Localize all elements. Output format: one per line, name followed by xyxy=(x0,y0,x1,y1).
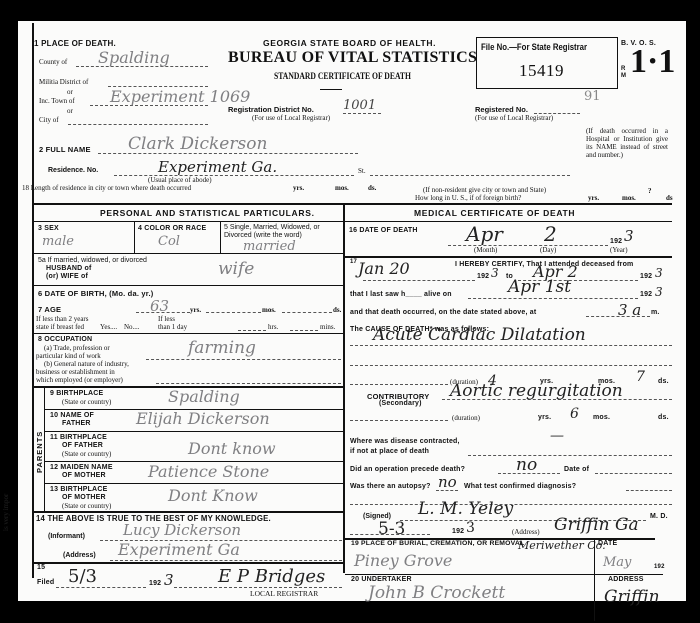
parents-side-label: PARENTS xyxy=(35,431,44,473)
mins-line xyxy=(290,330,318,331)
mother-birthplace-label-3: (State or country) xyxy=(62,502,111,510)
certify-number: 17 xyxy=(350,259,357,265)
militia-label: Militia District of xyxy=(39,78,88,86)
cause-line-1 xyxy=(350,345,672,346)
rule xyxy=(44,387,45,511)
occupation-b-line xyxy=(156,383,341,384)
father-birthplace-label-1: 11 BIRTHPLACE xyxy=(50,434,107,441)
residence-ds: ds. xyxy=(368,184,376,192)
full-name-value: Clark Dickerson xyxy=(128,134,267,154)
burial-label: 19 PLACE OF BURIAL, CREMATION, OR REMOVA… xyxy=(351,540,524,547)
death-occurred-suffix: m. xyxy=(651,309,660,316)
burial-date-label: DATE xyxy=(598,540,617,547)
breastfed-label-1: If less than 2 years xyxy=(36,315,88,323)
breastfed-yes: Yes.... xyxy=(100,323,117,331)
father-value: Elijah Dickerson xyxy=(136,409,270,428)
dob-label: 6 DATE OF BIRTH, (Mo. da. yr.) xyxy=(38,289,153,298)
birthplace-sub: (State or country) xyxy=(62,398,111,406)
county-label: County of xyxy=(39,58,67,66)
town-value: Experiment 1069 xyxy=(110,87,250,106)
foreign-ds: ds xyxy=(666,194,673,202)
duration2-mos-value: 6 xyxy=(570,406,579,422)
registrar-signature: E P Bridges xyxy=(218,566,325,587)
from-year-prefix: 192 xyxy=(477,273,489,280)
father-label-1: 10 NAME OF xyxy=(50,412,94,419)
or-label-1: or xyxy=(67,88,73,96)
undertaker-address-label: ADDRESS xyxy=(608,576,644,583)
rule xyxy=(345,256,672,258)
registered-no-note: (For use of Local Registrar) xyxy=(475,114,553,122)
duration1-ds-value: 7 xyxy=(636,369,645,385)
county-value: Spalding xyxy=(98,48,170,67)
hospital-note: (If death occurred in a Hospital or Inst… xyxy=(586,127,668,159)
rule xyxy=(33,221,343,222)
autopsy-value: no xyxy=(438,473,457,491)
file-number-value: 15419 xyxy=(519,61,564,81)
age-mos: mos. xyxy=(262,306,276,314)
last-saw-year-prefix: 192 xyxy=(640,291,652,298)
rule xyxy=(220,221,221,253)
rule xyxy=(33,253,343,254)
duration1-line xyxy=(350,384,448,385)
bureau-title: BUREAU OF VITAL STATISTICS xyxy=(228,49,477,67)
to-year: 3 xyxy=(655,266,663,280)
breastfed-no: No.... xyxy=(124,323,140,331)
birthplace-label: 9 BIRTHPLACE xyxy=(50,390,103,397)
attended-from-value: Jan 20 xyxy=(358,259,410,278)
registration-district-label: Registration District No. xyxy=(228,105,314,114)
occupation-a-line xyxy=(146,359,341,360)
autopsy-label: Was there an autopsy? xyxy=(350,483,431,490)
rule xyxy=(33,333,343,334)
age-ds-line xyxy=(282,312,332,313)
cause-line-2 xyxy=(350,365,672,366)
sign-year: 3 xyxy=(466,520,475,536)
spouse-value: wife xyxy=(218,259,254,279)
informant-address-value: Experiment Ga xyxy=(118,540,240,559)
title-rule xyxy=(320,89,342,90)
mother-value: Patience Stone xyxy=(148,462,269,481)
registrar-line xyxy=(174,587,342,588)
last-saw-year: 3 xyxy=(655,285,663,299)
filed-label: Filed xyxy=(37,579,54,586)
abode-note: (Usual place of abode) xyxy=(148,176,212,184)
length-of-residence-label: 18 Length of residence in city or town w… xyxy=(22,184,191,192)
operation-date-label: Date of xyxy=(564,466,589,473)
rule xyxy=(45,431,343,432)
hrs-line xyxy=(238,330,266,331)
place-of-death-heading: 1 PLACE OF DEATH. xyxy=(34,39,116,48)
from-year: 3 xyxy=(491,266,499,280)
personal-particulars-heading: PERSONAL AND STATISTICAL PARTICULARS. xyxy=(100,208,315,218)
age-label: 7 AGE xyxy=(38,305,61,314)
street-line xyxy=(370,175,570,176)
foreign-birth-label: How long in U. S., if of foreign birth? xyxy=(415,194,521,202)
registration-district-note: (For use of Local Registrar) xyxy=(252,114,330,122)
rule xyxy=(33,511,343,513)
filed-date-value: 5/3 xyxy=(68,566,97,587)
occupation-b-1: (b) General nature of industry, xyxy=(44,360,129,368)
last-saw-line xyxy=(468,298,638,299)
birthplace-value: Spalding xyxy=(168,387,240,406)
duration1-ds: ds. xyxy=(658,378,669,385)
date-of-death-year-prefix: 192 xyxy=(610,238,622,245)
rule xyxy=(33,562,343,564)
last-saw-value: Apr 1st xyxy=(508,277,571,297)
occupation-b-3: which employed (or employer) xyxy=(36,376,123,384)
sign-address-label: (Address) xyxy=(512,528,540,536)
foreign-mos: mos. xyxy=(622,194,636,202)
registrar-label: LOCAL REGISTRAR xyxy=(250,589,318,598)
md-label: M. D. xyxy=(650,513,668,520)
full-name-label: 2 FULL NAME xyxy=(39,145,91,154)
operation-value: no xyxy=(516,455,537,475)
date-of-death-label: 16 DATE OF DEATH xyxy=(349,227,418,234)
signed-value: L. M. Yeley xyxy=(418,499,513,519)
board-title: GEORGIA STATE BOARD OF HEALTH. xyxy=(263,38,436,48)
sex-value: male xyxy=(42,234,74,249)
sign-address-value: Griffin Ga xyxy=(554,515,639,535)
spouse-label-3: (or) WIFE of xyxy=(46,273,88,280)
burial-year-prefix: 192 xyxy=(654,564,665,570)
sign-year-prefix: 192 xyxy=(452,528,464,535)
occupation-a-2: particular kind of work xyxy=(36,352,101,360)
spouse-label-2: HUSBAND of xyxy=(46,265,92,272)
undertaker-value: John B Crockett xyxy=(368,583,505,603)
father-birthplace-label-2: OF FATHER xyxy=(62,442,103,449)
marital-label: 5 Single, Married, Widowed, or Divorced … xyxy=(224,224,342,240)
duration2-mos: mos. xyxy=(593,414,610,421)
sex-label: 3 SEX xyxy=(38,225,59,232)
death-certificate: 1 PLACE OF DEATH. GEORGIA STATE BOARD OF… xyxy=(18,21,686,601)
date-of-death-day: 2 xyxy=(544,222,557,246)
mother-birthplace-label-1: 13 BIRTHPLACE xyxy=(50,486,107,493)
city-line xyxy=(68,124,208,125)
file-number-label: File No.—For State Registrar xyxy=(481,42,587,53)
test-label: What test confirmed diagnosis? xyxy=(464,483,576,490)
file-number-box: File No.—For State Registrar 15419 xyxy=(476,37,618,89)
rule xyxy=(33,285,343,286)
duration2-label: (duration) xyxy=(452,414,480,422)
rule xyxy=(134,221,135,253)
race-label: 4 COLOR OR RACE xyxy=(138,225,206,232)
less-day-label-2: than 1 day xyxy=(158,323,187,331)
street-label: St. xyxy=(358,167,366,175)
filed-year-value: 3 xyxy=(164,571,174,589)
registration-district-value: 1001 xyxy=(343,98,376,113)
age-mos-line xyxy=(206,312,261,313)
age-yrs: yrs. xyxy=(190,306,201,314)
age-ds: ds. xyxy=(333,306,341,314)
father-label-2: FATHER xyxy=(62,420,91,427)
filed-number: 15 xyxy=(37,564,45,571)
cause-of-death-value: Acute Cardiac Dilatation xyxy=(373,325,586,345)
year-caption: (Year) xyxy=(610,246,628,254)
registered-no-value: 91 xyxy=(584,89,601,104)
town-label: Inc. Town of xyxy=(39,97,75,105)
date-of-death-year: 3 xyxy=(624,227,634,245)
sign-date-value: 5-3 xyxy=(378,519,405,539)
registration-district-line xyxy=(343,113,381,114)
center-divider xyxy=(343,203,345,573)
undertaker-label: 20 UNDERTAKER xyxy=(351,576,412,583)
occupation-label: 8 OCCUPATION xyxy=(38,336,92,343)
date-of-death-month: Apr xyxy=(466,222,503,246)
burial-county-value: Meriwether Co. xyxy=(518,539,606,552)
month-caption: (Month) xyxy=(474,246,497,254)
residence-yrs: yrs. xyxy=(293,184,304,192)
foreign-yrs: yrs. xyxy=(588,194,599,202)
informant-value: Lucy Dickerson xyxy=(123,521,241,539)
hrs-label: hrs. xyxy=(268,323,278,331)
nonresident-note: (If non-resident give city or town and S… xyxy=(423,186,546,194)
mins-label: mins. xyxy=(320,323,335,331)
to-year-prefix: 192 xyxy=(640,273,652,280)
burial-date-value: May xyxy=(603,555,631,570)
registered-no-label: Registered No. xyxy=(475,105,528,114)
mother-birthplace-label-2: OF MOTHER xyxy=(62,494,106,501)
father-birthplace-label-3: (State or country) xyxy=(62,450,111,458)
foreign-question: ? xyxy=(648,187,652,195)
last-saw-label: that I last saw h____ alive on xyxy=(350,291,452,298)
residence-mos: mos. xyxy=(335,184,349,192)
left-border xyxy=(32,23,34,578)
father-birthplace-value: Dont know xyxy=(188,439,276,458)
less-day-label-1: If less xyxy=(158,315,175,323)
operation-label: Did an operation precede death? xyxy=(350,466,465,473)
rule xyxy=(594,539,595,621)
contracted-value: — xyxy=(550,428,564,444)
test-line xyxy=(626,490,672,491)
certificate-title: STANDARD CERTIFICATE OF DEATH xyxy=(274,71,411,81)
informant-label: (Informant) xyxy=(48,533,85,540)
race-value: Col xyxy=(158,234,180,249)
duration2-yrs: yrs. xyxy=(538,414,551,421)
occupation-value: farming xyxy=(188,338,256,358)
filed-date-line xyxy=(56,587,146,588)
undertaker-address-value: Griffin xyxy=(604,587,660,607)
city-label: City of xyxy=(39,116,59,124)
informant-address-line xyxy=(110,560,342,561)
rm-label: R M xyxy=(621,66,627,80)
death-occurred-label: and that death occurred, on the date sta… xyxy=(350,309,536,316)
filed-year-prefix: 192 xyxy=(149,580,161,587)
occupation-a-1: (a) Trade, profession or xyxy=(44,344,110,352)
from-line xyxy=(363,280,475,281)
section-top-rule xyxy=(32,203,672,205)
death-occurred-value: 3 a xyxy=(618,301,641,319)
mother-label-1: 12 MAIDEN NAME xyxy=(50,464,113,471)
residence-value: Experiment Ga. xyxy=(158,158,277,176)
mother-birthplace-value: Dont Know xyxy=(168,486,258,505)
day-caption: (Day) xyxy=(540,246,556,254)
contracted-label-2: if not at place of death xyxy=(350,448,429,455)
contributory-value: Aortic regurgitation xyxy=(450,381,623,401)
duration2-ds: ds. xyxy=(658,414,669,421)
spouse-label-1: 5a If married, widowed, or divorced xyxy=(38,257,147,264)
operation-date-line xyxy=(595,473,672,474)
marital-value: married xyxy=(243,239,296,254)
form-number: 1·1 xyxy=(630,43,675,81)
rule xyxy=(345,221,672,222)
margin-note: is very impor xyxy=(2,494,10,531)
informant-address-label: (Address) xyxy=(63,552,96,559)
occupation-b-2: business or establishment in xyxy=(36,368,115,376)
or-label-2: or xyxy=(67,107,73,115)
breastfed-label-2: state if breast fed xyxy=(36,323,84,331)
contracted-label-1: Where was disease contracted, xyxy=(350,438,460,445)
rule xyxy=(45,483,343,484)
contributory-sub: (Secondary) xyxy=(379,400,422,407)
burial-value: Piney Grove xyxy=(354,551,452,570)
mother-label-2: OF MOTHER xyxy=(62,472,106,479)
age-value: 63 xyxy=(150,297,169,315)
medical-certificate-heading: MEDICAL CERTIFICATE OF DEATH xyxy=(414,208,575,218)
duration2-line xyxy=(350,420,448,421)
contracted-line xyxy=(468,455,672,456)
rule xyxy=(345,574,663,575)
residence-label: Residence. No. xyxy=(48,167,98,174)
